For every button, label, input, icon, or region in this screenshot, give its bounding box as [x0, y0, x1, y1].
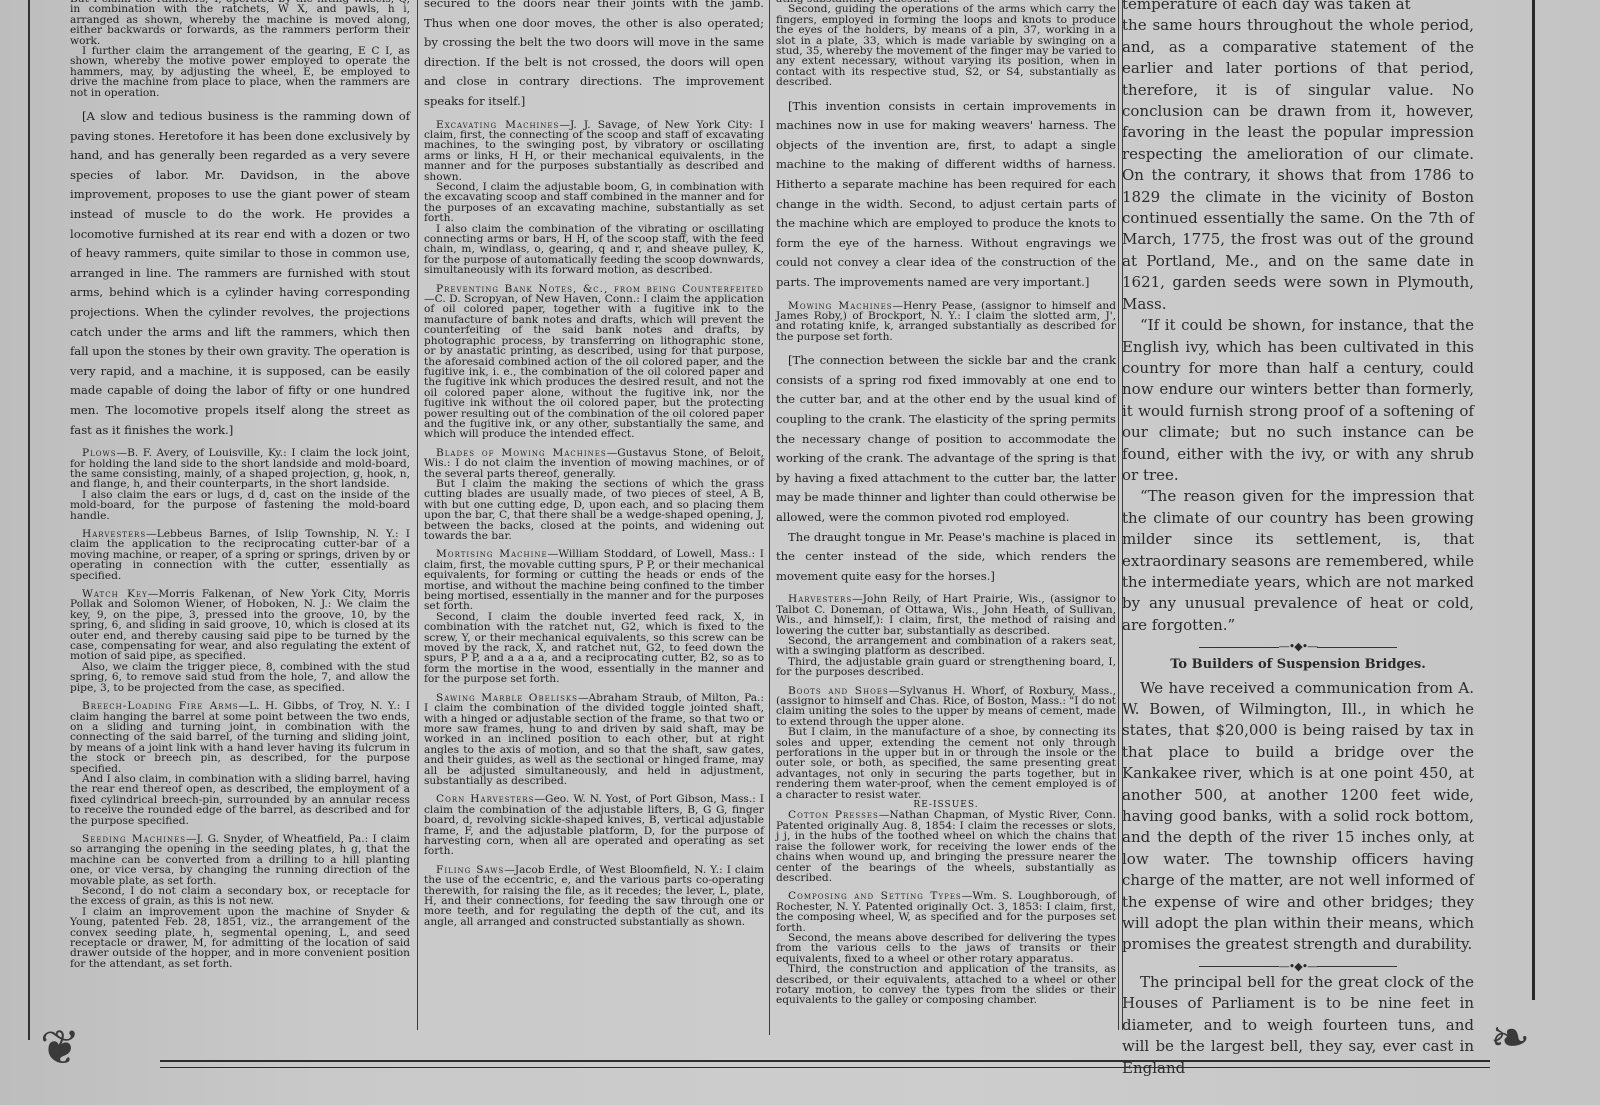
- claim-paragraph: I also claim the ears or lugs, d d, cast…: [70, 490, 410, 521]
- article-paragraph: We have received a communication from A.…: [1122, 678, 1474, 956]
- article-title: To Builders of Suspension Bridges.: [1122, 654, 1474, 675]
- newspaper-page: ❦ ❧ But I claim the rammers, T, operated…: [0, 0, 1600, 1105]
- section-divider-ornament-icon: —•◆•—: [1122, 962, 1474, 972]
- editorial-note: The draught tongue in Mr. Pease's machin…: [776, 528, 1116, 587]
- ornamental-corner-left-icon: ❦: [40, 1020, 80, 1076]
- claim-paragraph: And I also claim, in combination with a …: [70, 774, 410, 826]
- patent-entry-marble-obelisks: Sawing Marble Obelisks—Abraham Straub, o…: [424, 693, 764, 787]
- claim-paragraph: Second, I claim the double inverted feed…: [424, 612, 764, 685]
- editorial-note: [This invention consists in certain impr…: [776, 97, 1116, 293]
- claim-paragraph: Second, I claim the adjustable boom, G, …: [424, 182, 764, 224]
- claim-paragraph: But I claim the rammers, T, operated by …: [70, 0, 410, 46]
- ornamental-corner-right-icon: ❧: [1490, 1010, 1530, 1066]
- section-divider-ornament-icon: —•◆•—: [1122, 642, 1474, 652]
- article-paragraph: “The reason given for the impression tha…: [1122, 486, 1474, 636]
- reissue-entry-cotton-presses: Cotton Presses—Nathan Chapman, of Mystic…: [776, 810, 1116, 883]
- claim-paragraph: Third, the adjustable grain guard or str…: [776, 657, 1116, 678]
- patent-entry-filing-saws: Filing Saws—Jacob Erdle, of West Bloomfi…: [424, 865, 764, 927]
- claim-paragraph: I further claim the arrangement of the g…: [70, 46, 410, 98]
- patent-entry-mowing-machines: Mowing Machines—Henry Pease, (assignor t…: [776, 301, 1116, 343]
- patent-entry-bank-notes: Preventing Bank Notes, &c., from being C…: [424, 284, 764, 440]
- patent-entry-corn-harvesters: Corn Harvesters—Geo. W. N. Yost, of Port…: [424, 794, 764, 856]
- patent-entry-watch-key: Watch Key—Morris Falkenan, of New York C…: [70, 589, 410, 662]
- patent-entry-mortising: Mortising Machine—William Stoddard, of L…: [424, 549, 764, 611]
- claim-paragraph: Third, the construction and application …: [776, 964, 1116, 1006]
- claim-paragraph: Second, guiding the operations of the ar…: [776, 4, 1116, 87]
- claim-paragraph: Second, the means above described for de…: [776, 933, 1116, 964]
- claim-paragraph: But I claim, in the manufacture of a sho…: [776, 727, 1116, 800]
- patent-entry-breech-loading: Breech-Loading Fire Arms—L. H. Gibbs, of…: [70, 701, 410, 774]
- claim-paragraph: Also, we claim the trigger piece, 8, com…: [70, 662, 410, 693]
- patent-entry-seeding-machines: Seeding Machines—J. G. Snyder, of Wheatf…: [70, 834, 410, 886]
- column-2: secured to the doors near their joints w…: [424, 0, 764, 927]
- article-paragraph: “If it could be shown, for instance, tha…: [1122, 315, 1474, 486]
- article-paragraph: the same hours throughout the whole peri…: [1122, 15, 1474, 315]
- claim-paragraph: I also claim the combination of the vibr…: [424, 224, 764, 276]
- patent-entry-boots-shoes: Boots and Shoes—Sylvanus H. Whorf, of Ro…: [776, 686, 1116, 728]
- page-border-right: [1532, 0, 1535, 1000]
- editorial-note: secured to the doors near their joints w…: [424, 0, 764, 112]
- reissue-entry-composing-types: Composing and Setting Types—Wm. S. Lough…: [776, 891, 1116, 933]
- column-4: temperature of each day was taken at the…: [1122, 0, 1474, 1079]
- column-1: But I claim the rammers, T, operated by …: [70, 0, 410, 969]
- claim-paragraph: But I claim the making the sections of w…: [424, 479, 764, 541]
- claim-paragraph: Second, the arrangement and combination …: [776, 636, 1116, 657]
- column-divider-1: [417, 0, 418, 1030]
- column-3: ating substantially as described. Second…: [776, 0, 1116, 1006]
- patent-entry-harvesters-reily: Harvesters—John Reily, of Hart Prairie, …: [776, 594, 1116, 636]
- column-divider-3: [1118, 0, 1119, 1030]
- claim-paragraph: I claim an improvement upon the machine …: [70, 907, 410, 969]
- patent-entry-mowing-blades: Blades of Mowing Machines—Gustavus Stone…: [424, 448, 764, 479]
- claim-paragraph: Second, I do not claim a secondary box, …: [70, 886, 410, 907]
- patent-entry-plows: Plows—B. F. Avery, of Louisville, Ky.: I…: [70, 448, 410, 490]
- editorial-note: [The connection between the sickle bar a…: [776, 351, 1116, 527]
- article-lead-line: temperature of each day was taken at: [1122, 0, 1474, 15]
- patent-entry-harvesters: Harvesters—Lebbeus Barnes, of Islip Town…: [70, 529, 410, 581]
- page-border-left: [28, 0, 30, 1040]
- patent-entry-excavating: Excavating Machines—J. J. Savage, of New…: [424, 120, 764, 182]
- column-divider-2: [769, 0, 770, 1035]
- article-paragraph: The principal bell for the great clock o…: [1122, 972, 1474, 1079]
- editorial-note: [A slow and tedious business is the ramm…: [70, 107, 410, 440]
